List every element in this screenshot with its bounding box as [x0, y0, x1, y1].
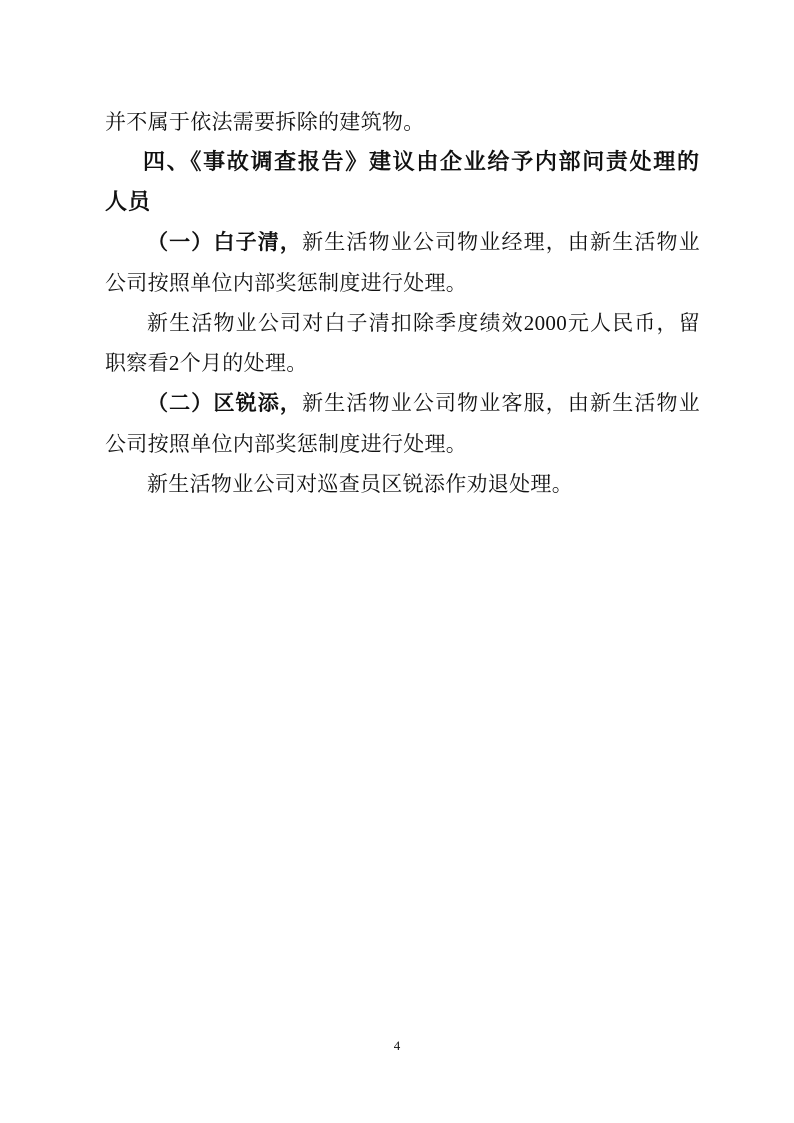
section-heading: 四、《事故调查报告》建议由企业给予内部问责处理的人员 — [105, 142, 700, 222]
paragraph-item-2: （二）区锐添，新生活物业公司物业客服，由新生活物业公司按照单位内部奖惩制度进行处… — [105, 383, 700, 464]
section-heading-text: 四、《事故调查报告》建议由企业给予内部问责处理的人员 — [105, 149, 700, 214]
paragraph-item-1-penalty: 新生活物业公司对白子清扣除季度绩效2000元人民币，留职察看2个月的处理。 — [105, 303, 700, 383]
document-page: 并不属于依法需要拆除的建筑物。 四、《事故调查报告》建议由企业给予内部问责处理的… — [0, 0, 794, 1123]
item-1-name-label: （一）白子清， — [147, 231, 302, 254]
page-footer: 4 — [0, 1036, 794, 1056]
item-2-penalty-text: 新生活物业公司对巡查员区锐添作劝退处理。 — [147, 472, 573, 496]
item-1-penalty-text: 新生活物业公司对白子清扣除季度绩效2000元人民币，留职察看2个月的处理。 — [105, 311, 700, 375]
page-number: 4 — [394, 1038, 401, 1053]
paragraph-continuation: 并不属于依法需要拆除的建筑物。 — [105, 102, 700, 142]
item-2-name-label: （二）区锐添， — [147, 392, 302, 415]
page-content: 并不属于依法需要拆除的建筑物。 四、《事故调查报告》建议由企业给予内部问责处理的… — [105, 102, 700, 504]
paragraph-item-1: （一）白子清，新生活物业公司物业经理，由新生活物业公司按照单位内部奖惩制度进行处… — [105, 222, 700, 303]
paragraph-item-2-penalty: 新生活物业公司对巡查员区锐添作劝退处理。 — [105, 464, 700, 504]
paragraph-continuation-text: 并不属于依法需要拆除的建筑物。 — [105, 110, 425, 134]
